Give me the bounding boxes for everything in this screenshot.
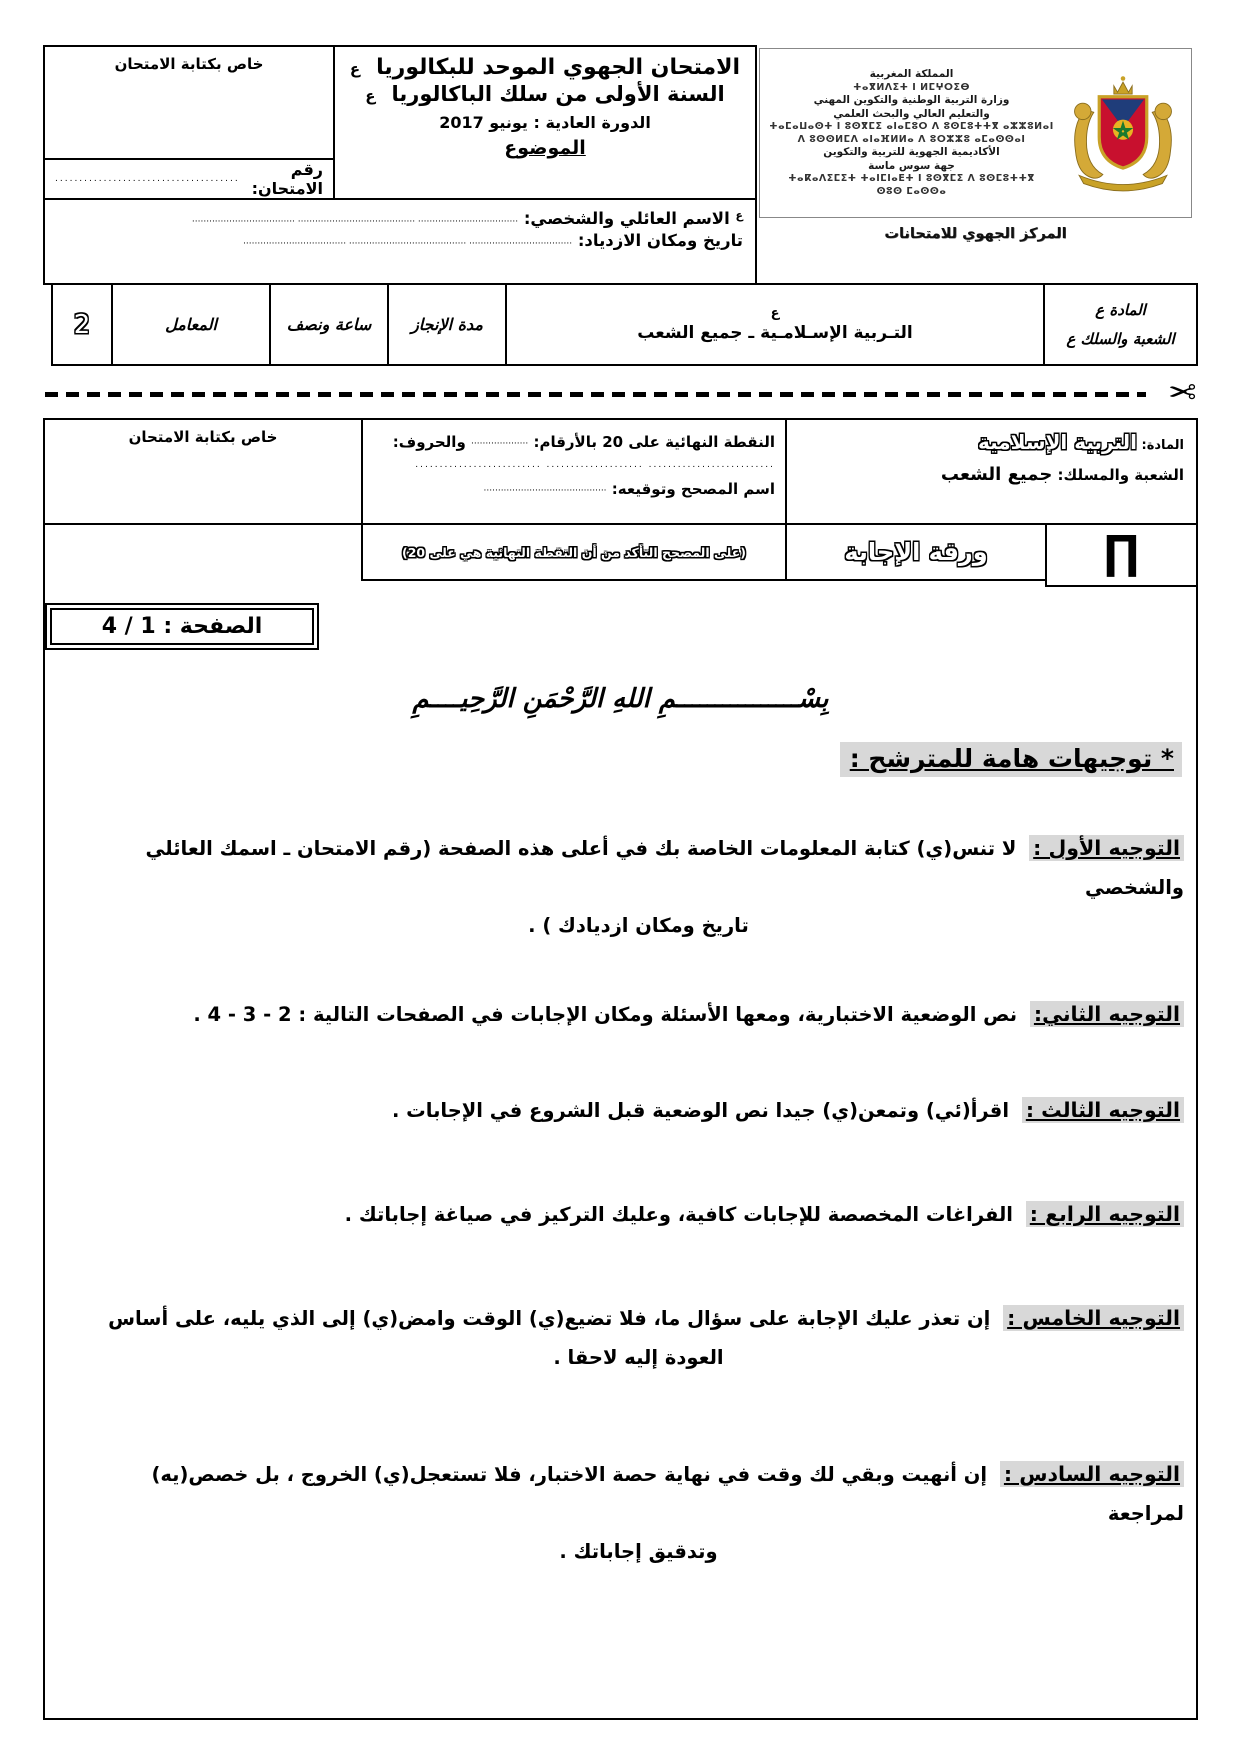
guideline-item-2: التوجيه الثاني: نص الوضعية الاختبارية، و…	[93, 995, 1184, 1035]
student-name-line: ع الاسم العائلي والشخصي: ...............…	[55, 209, 743, 228]
student-birth-field: .................................... ...…	[243, 237, 572, 247]
exam-number-row: رقم الامتحان: ..........................…	[45, 160, 333, 198]
scissors-icon: ✂	[1168, 376, 1197, 410]
duration-label-cell: مدة الإنجاز	[387, 283, 507, 366]
coefficient-value-cell: 2	[51, 283, 113, 366]
subject-label: المادة:	[1142, 438, 1184, 453]
guideline-2-text: نص الوضعية الاختبارية، ومعها الأسئلة ومك…	[193, 1003, 1023, 1026]
office-note: خاص بكتابة الامتحان	[45, 47, 333, 160]
guideline-item-6: التوجيه السادس : إن أنهيت وبقي لك وقت في…	[93, 1455, 1184, 1571]
guideline-4-text: الفراغات المخصصة للإجابات كافية، وعليك ا…	[345, 1203, 1019, 1226]
student-name-field: ................................... ....…	[192, 215, 518, 225]
corrector-verification-note: (على المصحح التأكد من أن النقطة النهائية…	[361, 523, 787, 581]
guideline-6-label: التوجيه السادس :	[1000, 1461, 1184, 1487]
grading-marks-cell: النقطة النهائية على 20 بالأرقام: .......…	[361, 418, 787, 525]
guideline-3-text: اقرأ(ئي) وتمعن(ي) جيدا نص الوضعية قبل ال…	[392, 1099, 1015, 1122]
student-name-label: الاسم العائلي والشخصي:	[524, 209, 730, 228]
grading-subject-line: المادة: التربية الإسلامية	[793, 430, 1184, 454]
ministry-line-tifinagh: ⵙⵓⵙ ⵎⴰⵙⵙⴰ	[764, 186, 1059, 198]
final-mark-label: النقطة النهائية على 20 بالأرقام:	[533, 433, 775, 451]
arabic-version-mark: ع	[365, 87, 375, 105]
guideline-item-3: التوجيه الثالث : اقرأ(ئي) وتمعن(ي) جيدا …	[93, 1091, 1184, 1131]
guideline-item-4: التوجيه الرابع : الفراغات المخصصة للإجاب…	[93, 1195, 1184, 1235]
exam-center-name: المركز الجهوي للامتحانات	[759, 226, 1192, 242]
top-header: خاص بكتابة الامتحان رقم الامتحان: ......…	[43, 45, 1198, 285]
ministry-logo-box: المملكة المغربية ⵜⴰⴳⵍⴷⵉⵜ ⵏ ⵍⵎⵖⵔⵉⴱ وزارة …	[759, 48, 1192, 218]
page-number-value: 4 / 1	[102, 614, 156, 639]
guidelines-list: التوجيه الأول : لا تنس(ي) كتابة المعلوما…	[45, 829, 1196, 1571]
grading-subject-cell: المادة: التربية الإسلامية الشعبة والمسلك…	[785, 418, 1198, 525]
guideline-1-label: التوجيه الأول :	[1029, 835, 1184, 861]
guideline-4-label: التوجيه الرابع :	[1026, 1201, 1184, 1227]
guideline-1-continuation: تاريخ ومكان ازديادك ) .	[93, 907, 1184, 945]
guidelines-heading: * توجيهات هامة للمترشح :	[840, 742, 1182, 777]
mark-letters-field: .......................... .............…	[371, 457, 775, 475]
ministry-line-tifinagh: ⵜⴰⴽⴰⴷⵉⵎⵉⵜ ⵜⴰⵏⵎⵏⴰⴹⵜ ⵏ ⵓⵙⴳⵎⵉ ⴷ ⵓⵙⵎⵓⵜⵜⴳ	[764, 173, 1059, 185]
exam-title-text2: السنة الأولى من سلك الباكالوريا	[391, 82, 724, 106]
answer-sheet-frame: خاص بكتابة الامتحان النقطة النهائية على …	[43, 418, 1198, 1720]
exam-title-box: الامتحان الجهوي الموحد للبكالورياع السنة…	[335, 45, 757, 200]
exam-title-text1: الامتحان الجهوي الموحد للبكالوريا	[376, 55, 740, 80]
basmala-calligraphy: بِسْــــــــــــــــمِ اللهِ الرَّحْمَنِ…	[45, 684, 1196, 714]
exam-answer-sheet-page: خاص بكتابة الامتحان رقم الامتحان: ......…	[0, 0, 1241, 1755]
ministry-line-tifinagh: ⴷ ⵓⵙⵙⵍⵎⴷ ⴰⵏⴰⴼⵍⵍⴰ ⴷ ⵓⵔⵣⵣⵓ ⴰⵎⴰⵙⵙⴰⵏ	[764, 134, 1059, 146]
guideline-5-label: التوجيه الخامس :	[1003, 1305, 1184, 1331]
guideline-item-5: التوجيه الخامس : إن تعذر عليك الإجابة عل…	[93, 1299, 1184, 1377]
exam-number-label: رقم الامتحان:	[244, 160, 323, 198]
subject-header-line2: الشعبة والسلك ع	[1066, 325, 1174, 354]
ministry-line: والتعليم العالي والبحث العلمي	[764, 108, 1059, 122]
exam-session: الدورة العادية : يونيو 2017	[335, 113, 755, 132]
student-identity-box: ع الاسم العائلي والشخصي: ...............…	[43, 200, 757, 285]
arabic-version-mark: ع	[350, 60, 360, 78]
guideline-5-continuation: العودة إليه لاحقا .	[93, 1339, 1184, 1377]
final-mark-field: ....................	[471, 437, 528, 447]
cut-here-row: ✂	[43, 378, 1198, 412]
pi-symbol: ∏	[1045, 523, 1198, 587]
exam-office-box: خاص بكتابة الامتحان رقم الامتحان: ......…	[43, 45, 335, 200]
ministry-line-tifinagh: ⵜⴰⴳⵍⴷⵉⵜ ⵏ ⵍⵎⵖⵔⵉⴱ	[764, 82, 1059, 94]
guidelines-heading-row: * توجيهات هامة للمترشح :	[45, 744, 1182, 773]
branch-label: الشعبة والمسلك:	[1058, 466, 1184, 484]
header-row: خاص بكتابة الامتحان رقم الامتحان: ......…	[43, 45, 757, 200]
answer-sheet-title: ورقة الإجابة	[785, 523, 1047, 581]
subject-value: التـربية الإسـلامـية ـ جميع الشعب	[637, 323, 912, 343]
ministry-text-block: المملكة المغربية ⵜⴰⴳⵍⴷⵉⵜ ⵏ ⵍⵎⵖⵔⵉⴱ وزارة …	[764, 68, 1059, 198]
ministry-line: وزارة التربية الوطنية والتكوين المهني	[764, 94, 1059, 108]
student-birth-label: تاريخ ومكان الازدياد:	[578, 231, 743, 250]
guideline-item-1: التوجيه الأول : لا تنس(ي) كتابة المعلوما…	[93, 829, 1184, 945]
page-number-box: الصفحة : 4 / 1	[45, 603, 319, 650]
ministry-line: جهة سوس ماسة	[764, 160, 1059, 174]
subject-header-cell: المادة ع الشعبة والسلك ع	[1043, 283, 1198, 366]
guideline-2-label: التوجيه الثاني:	[1030, 1001, 1184, 1027]
student-birth-line: تاريخ ومكان الازدياد: ..................…	[55, 231, 743, 250]
doc-type-label: الموضوع	[335, 137, 755, 159]
grading-office-note: خاص بكتابة الامتحان	[43, 418, 363, 525]
guideline-5-text: إن تعذر عليك الإجابة على سؤال ما، فلا تض…	[108, 1307, 996, 1330]
ministry-logo-column: المملكة المغربية ⵜⴰⴳⵍⴷⵉⵜ ⵏ ⵍⵎⵖⵔⵉⴱ وزارة …	[757, 45, 1198, 285]
ministry-line-tifinagh: ⵜⴰⵎⴰⵡⴰⵙⵜ ⵏ ⵓⵙⴳⵎⵉ ⴰⵏⴰⵎⵓⵔ ⴷ ⵓⵙⵎⵓⵜⵜⴳ ⴰⵣⵣⵓⵍⴰ…	[764, 121, 1059, 133]
corrector-signature-field: ........................................…	[484, 484, 607, 494]
guideline-6-continuation: وتدقيق إجاباتك .	[93, 1533, 1184, 1571]
page-number-label: الصفحة :	[163, 614, 262, 639]
exam-title-line2: السنة الأولى من سلك الباكالورياع	[335, 82, 755, 106]
corrector-line: اسم المصحح وتوقيعه: ....................…	[371, 475, 775, 504]
mark-in-letters-label: والحروف:	[393, 433, 466, 451]
ministry-line: الأكاديمية الجهوية للتربية والتكوين	[764, 146, 1059, 160]
dashed-cut-line	[45, 392, 1146, 397]
arabic-version-mark: ع	[735, 209, 743, 222]
morocco-coat-of-arms-icon	[1059, 73, 1187, 194]
exam-info-table: المادة ع الشعبة والسلك ع ع التـربية الإس…	[43, 283, 1198, 366]
page-number: الصفحة : 4 / 1	[50, 608, 314, 645]
subject-value-cell: ع التـربية الإسـلامـية ـ جميع الشعب	[505, 283, 1045, 366]
arabic-version-mark: ع	[771, 306, 780, 321]
header-left-stack: خاص بكتابة الامتحان رقم الامتحان: ......…	[43, 45, 757, 285]
corrector-name-label: اسم المصحح وتوقيعه:	[612, 480, 775, 498]
duration-value-cell: ساعة ونصف	[269, 283, 389, 366]
grading-section: خاص بكتابة الامتحان النقطة النهائية على …	[45, 420, 1196, 587]
coefficient-label-cell: المعامل	[111, 283, 271, 366]
final-mark-line: النقطة النهائية على 20 بالأرقام: .......…	[371, 428, 775, 457]
subject-header-line1: المادة ع	[1095, 296, 1146, 325]
exam-title-line1: الامتحان الجهوي الموحد للبكالورياع	[335, 55, 755, 80]
guideline-3-label: التوجيه الثالث :	[1022, 1097, 1184, 1123]
ministry-line: المملكة المغربية	[764, 68, 1059, 82]
branch-value: جميع الشعب	[941, 464, 1052, 485]
subject-name-decorated: التربية الإسلامية	[978, 430, 1137, 454]
exam-number-field: ......................................	[55, 174, 240, 184]
grading-branch-line: الشعبة والمسلك: جميع الشعب	[793, 464, 1184, 485]
